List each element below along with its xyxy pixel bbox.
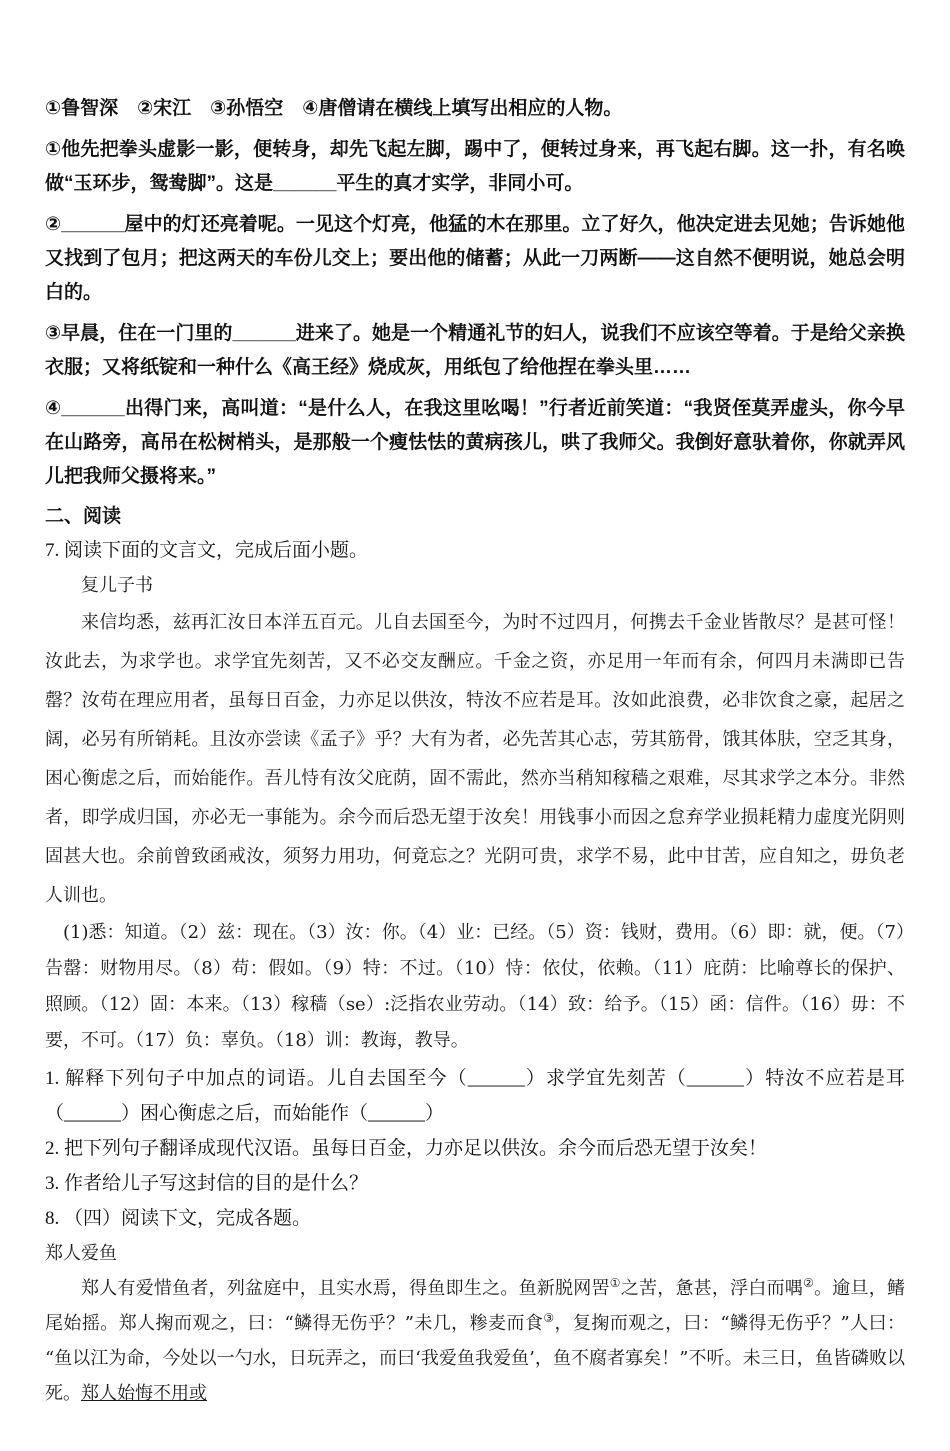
q6-excerpt-2: ②______屋中的灯还亮着呢。一见这个灯亮，他猛的木在那里。立了好久，他决定进… [45, 208, 905, 310]
q8-passage-segment-1: 郑人有爱惜鱼者，列盆庭中，且实水焉，得鱼即生之。鱼新脱网罟 [81, 1278, 610, 1299]
exam-page: ①鲁智深 ②宋江 ③孙悟空 ④唐僧请在横线上填写出相应的人物。 ①他先把拳头虚影… [0, 0, 950, 1451]
q7-prompt: 7. 阅读下面的文言文，完成后面小题。 [45, 533, 905, 568]
q7-passage-body: 来信均悉，兹再汇汝日本洋五百元。儿自去国至今，为时不过四月，何携去千金业皆散尽？… [45, 603, 905, 915]
q8-passage-body: 郑人有爱惜鱼者，列盆庭中，且实水焉，得鱼即生之。鱼新脱网罟①之苦，惫甚，浮白而喁… [45, 1271, 905, 1411]
footnote-marker-3: ③ [543, 1311, 554, 1325]
q8-passage-underlined-tail: 郑人始悔不用或 [81, 1383, 207, 1404]
q6-options-line: ①鲁智深 ②宋江 ③孙悟空 ④唐僧请在横线上填写出相应的人物。 [45, 92, 905, 126]
q7-passage-title: 复儿子书 [45, 568, 905, 603]
q7-sub-question-3: 3. 作者给儿子写这封信的目的是什么？ [45, 1166, 905, 1201]
q7-sub-question-1: 1. 解释下列句子中加点的词语。儿自去国至今（______）求学宜先刻苦（___… [45, 1061, 905, 1131]
q6-excerpt-3: ③早晨，住在一门里的______进来了。她是一个精通礼节的妇人，说我们不应该空等… [45, 317, 905, 385]
q6-excerpt-4: ④______出得门来，高叫道：“是什么人，在我这里吆喝！”行者近前笑道：“我贤… [45, 392, 905, 494]
footnote-marker-1: ① [610, 1276, 621, 1290]
q7-passage-notes: (1)悉：知道。（2）兹：现在。（3）汝：你。（4）业：已经。（5）资：钱财，费… [45, 915, 905, 1059]
footnote-marker-2: ② [803, 1276, 814, 1290]
section-2-heading: 二、阅读 [45, 501, 905, 533]
q7-sub-question-2: 2. 把下列句子翻译成现代汉语。虽每日百金，力亦足以供汝。余今而后恐无望于汝矣！ [45, 1131, 905, 1166]
q6-excerpt-1: ①他先把拳头虚影一影，便转身，却先飞起左脚，踢中了，便转过身来，再飞起右脚。这一… [45, 133, 905, 201]
q8-passage-segment-2: 之苦，惫甚，浮白而喁 [621, 1278, 803, 1299]
q8-passage-title: 郑人爱鱼 [45, 1236, 905, 1271]
q8-prompt: 8. （四）阅读下文，完成各题。 [45, 1201, 905, 1236]
